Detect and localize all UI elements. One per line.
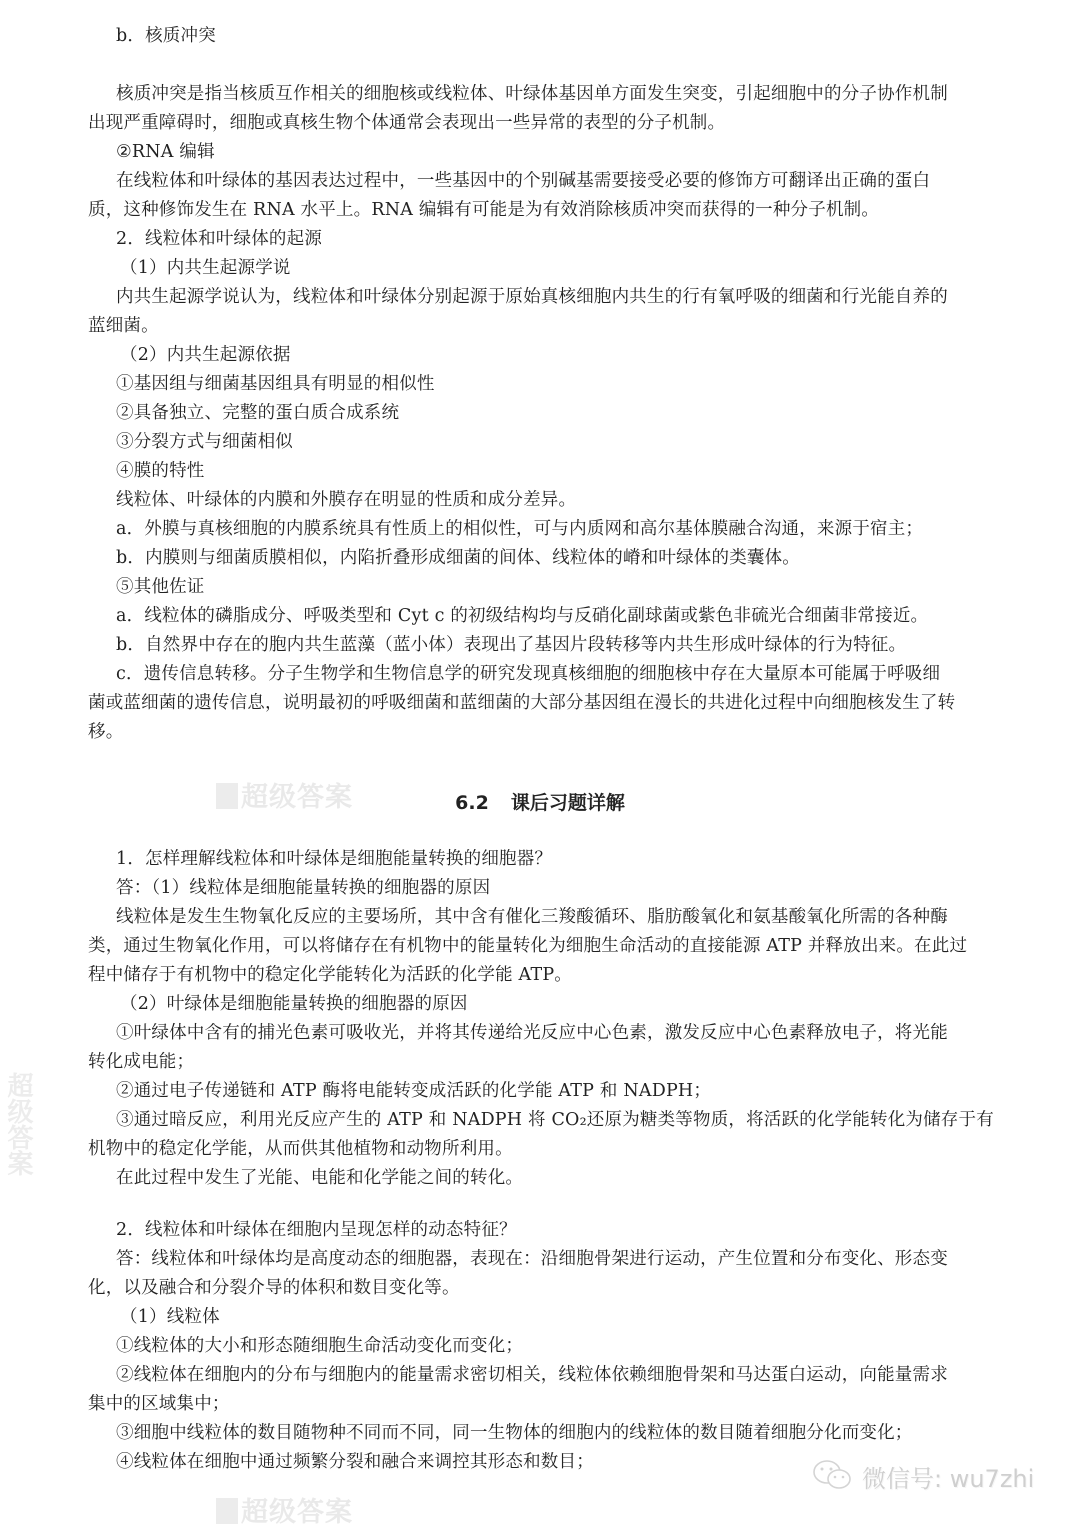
list-item: ③通过暗反应，利用光反应产生的 ATP 和 NADPH 将 CO₂还原为糖类等物… xyxy=(116,1106,1036,1134)
section-heading: 6.2课后习题详解 xyxy=(0,788,1080,815)
subheading-evidence: （2）内共生起源依据 xyxy=(120,341,1040,369)
paragraph-line: 出现严重障碍时，细胞或真核生物个体通常会表现出一些异常的表型的分子机制。 xyxy=(88,109,1008,137)
list-item: ②通过电子传递链和 ATP 酶将电能转变成活跃的化学能 ATP 和 NADPH； xyxy=(116,1077,1036,1105)
paragraph-line: 化，以及融合和分裂介导的体积和数目变化等。 xyxy=(88,1274,1008,1302)
list-item: ①基因组与细菌基因组具有明显的相似性 xyxy=(116,370,1036,398)
paragraph-line: 转化成电能； xyxy=(88,1048,1008,1076)
section-title: 课后习题详解 xyxy=(511,792,625,814)
subheading-nuclear-cytoplasmic-conflict: b．核质冲突 xyxy=(116,22,1036,50)
paragraph-line: 移。 xyxy=(88,718,1008,746)
watermark-brand-bottom: 超级答案 xyxy=(216,1490,353,1528)
document-page: b．核质冲突 核质冲突是指当核质互作相关的细胞核或线粒体、叶绿体基因单方面发生突… xyxy=(0,0,1080,1528)
answer-line: 答：（1）线粒体是细胞能量转换的细胞器的原因 xyxy=(116,874,1036,902)
paragraph-line: 蓝细菌。 xyxy=(88,312,1008,340)
section-number: 6.2 xyxy=(455,792,489,814)
list-item: b．内膜则与细菌质膜相似，内陷折叠形成细菌的间体、线粒体的嵴和叶绿体的类囊体。 xyxy=(116,544,1036,572)
paragraph-line: 程中储存于有机物中的稳定化学能转化为活跃的化学能 ATP。 xyxy=(88,961,1008,989)
list-item: ①叶绿体中含有的捕光色素可吸收光，并将其传递给光反应中心色素，激发反应中心色素释… xyxy=(116,1019,1036,1047)
list-item: ③细胞中线粒体的数目随物种不同而不同，同一生物体的细胞内的线粒体的数目随着细胞分… xyxy=(116,1419,1036,1447)
paragraph-line: 在线粒体和叶绿体的基因表达过程中，一些基因中的个别碱基需要接受必要的修饰方可翻译… xyxy=(116,167,1036,195)
list-item: ⑤其他佐证 xyxy=(116,573,1036,601)
question-2: 2．线粒体和叶绿体在细胞内呈现怎样的动态特征？ xyxy=(116,1216,1036,1244)
list-item: ②线粒体在细胞内的分布与细胞内的能量需求密切相关，线粒体依赖细胞骨架和马达蛋白运… xyxy=(116,1361,1036,1389)
subheading-endosymbiont-theory: （1）内共生起源学说 xyxy=(120,254,1040,282)
answer-line: 答：线粒体和叶绿体均是高度动态的细胞器，表现在：沿细胞骨架进行运动，产生位置和分… xyxy=(116,1245,1036,1273)
paragraph-line: 线粒体、叶绿体的内膜和外膜存在明显的性质和成分差异。 xyxy=(116,486,1036,514)
paragraph-line: 集中的区域集中； xyxy=(88,1390,1008,1418)
paragraph-line: 线粒体是发生生物氧化反应的主要场所，其中含有催化三羧酸循环、脂肪酸氧化和氨基酸氧… xyxy=(116,903,1036,931)
subheading-chloroplast-reason: （2）叶绿体是细胞能量转换的细胞器的原因 xyxy=(120,990,1040,1018)
question-1: 1．怎样理解线粒体和叶绿体是细胞能量转换的细胞器？ xyxy=(116,845,1036,873)
wechat-watermark: 微信号: wu7zhi xyxy=(812,1458,1034,1494)
watermark-logo-icon xyxy=(216,1498,238,1524)
list-item: a．线粒体的磷脂成分、呼吸类型和 Cyt c 的初级结构均与反硝化副球菌或紫色非… xyxy=(116,602,1036,630)
paragraph-line: 菌或蓝细菌的遗传信息，说明最初的呼吸细菌和蓝细菌的大部分基因组在漫长的共进化过程… xyxy=(88,689,1008,717)
watermark-brand-vertical: 超级答案 xyxy=(4,1072,32,1176)
paragraph-line: 机物中的稳定化学能，从而供其他植物和动物所利用。 xyxy=(88,1135,1008,1163)
list-item: ④膜的特性 xyxy=(116,457,1036,485)
paragraph-line: 在此过程中发生了光能、电能和化学能之间的转化。 xyxy=(116,1164,1036,1192)
paragraph-line: 核质冲突是指当核质互作相关的细胞核或线粒体、叶绿体基因单方面发生突变，引起细胞中… xyxy=(116,80,1036,108)
list-item: c．遗传信息转移。分子生物学和生物信息学的研究发现真核细胞的细胞核中存在大量原本… xyxy=(116,660,1036,688)
list-item: a．外膜与真核细胞的内膜系统具有性质上的相似性，可与内质网和高尔基体膜融合沟通，… xyxy=(116,515,1036,543)
list-item: ③分裂方式与细菌相似 xyxy=(116,428,1036,456)
list-item: ②具备独立、完整的蛋白质合成系统 xyxy=(116,399,1036,427)
section-heading-origin: 2．线粒体和叶绿体的起源 xyxy=(116,225,1036,253)
subheading-rna-editing: ②RNA 编辑 xyxy=(116,138,1036,166)
wechat-icon xyxy=(812,1458,854,1494)
subheading-mitochondria: （1）线粒体 xyxy=(120,1303,1040,1331)
wechat-id-label: 微信号: wu7zhi xyxy=(862,1459,1034,1494)
list-item: b．自然界中存在的胞内共生蓝藻（蓝小体）表现出了基因片段转移等内共生形成叶绿体的… xyxy=(116,631,1036,659)
paragraph-line: 内共生起源学说认为，线粒体和叶绿体分别起源于原始真核细胞内共生的行有氧呼吸的细菌… xyxy=(116,283,1036,311)
paragraph-line: 类，通过生物氧化作用，可以将储存在有机物中的能量转化为细胞生命活动的直接能源 A… xyxy=(88,932,1008,960)
paragraph-line: 质，这种修饰发生在 RNA 水平上。RNA 编辑有可能是为有效消除核质冲突而获得… xyxy=(88,196,1008,224)
list-item: ①线粒体的大小和形态随细胞生命活动变化而变化； xyxy=(116,1332,1036,1360)
